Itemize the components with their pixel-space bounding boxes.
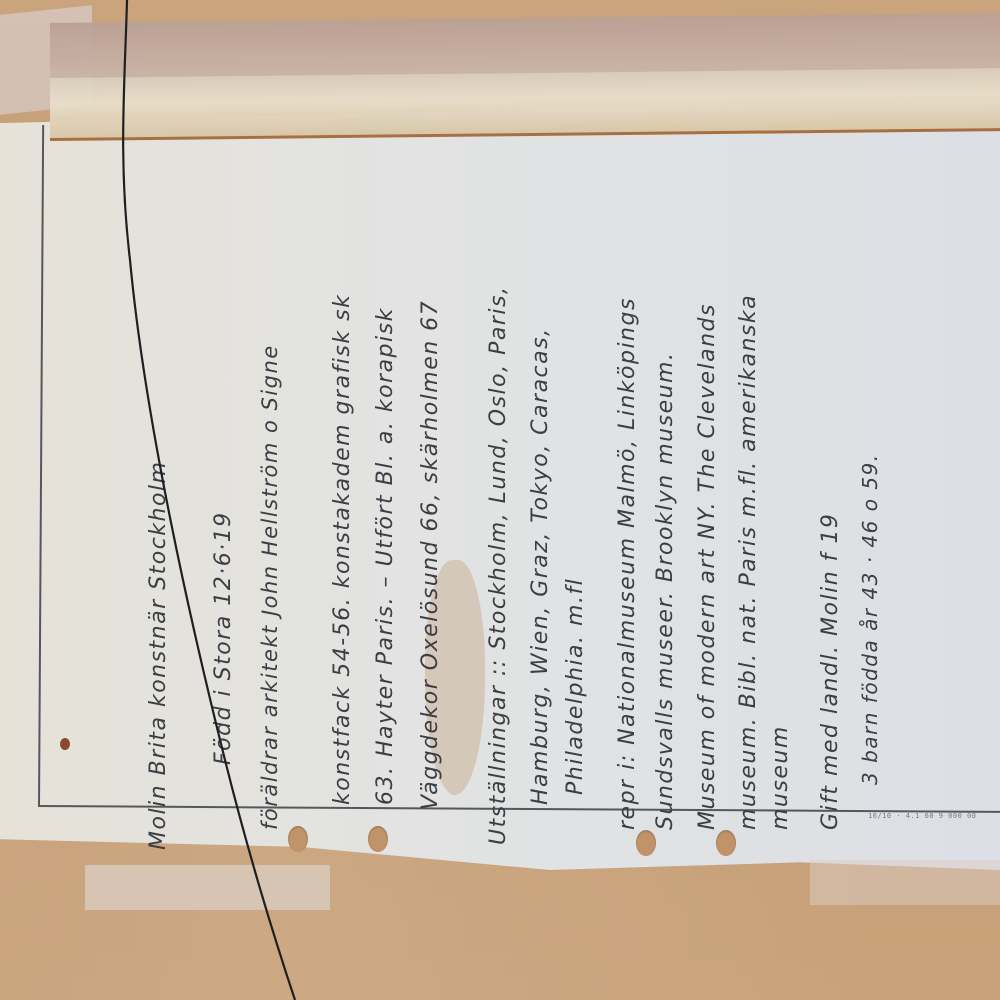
card-line: Sundsvalls museer. Brooklyn museum. [655, 352, 677, 830]
card-line: Museum of modern art NY. The Clevelands [697, 303, 719, 830]
tape-strip-bottom [85, 865, 330, 910]
card-line: Utställningar :: Stockholm, Lund, Oslo, … [488, 286, 510, 845]
card-line: 63. Hayter Paris. – Utfört Bl. a. korapi… [375, 307, 397, 805]
card-line: föräldrar arkitekt John Hellström o Sign… [260, 344, 281, 830]
rust-spot [60, 738, 70, 750]
card-line: 3 barn födda år 43 · 46 o 59. [860, 453, 880, 785]
card-line: Hamburg, Wien, Graz, Tokyo, Caracas, [530, 327, 552, 805]
card-line: museum. Bibl. nat. Paris m.fl. amerikans… [738, 294, 760, 830]
card-line: Gift med landl. Molin f 19 [820, 513, 842, 830]
printer-mark: 16/10 · 4.1 60 9 000 00 [868, 812, 976, 820]
tape-strip-bottom-right [810, 860, 1000, 905]
card-line: Väggdekor Oxelösund 66, skärholmen 67 [420, 300, 442, 810]
card-line: Född i Stora 12·6·19 [213, 511, 235, 765]
card-line: Philadelphia. m.fl [565, 578, 587, 795]
card-line: museum [770, 725, 792, 830]
card-line: Molin Brita konstnär Stockholm [148, 461, 170, 850]
card-line: konstfack 54-56. konstakadem grafisk sk [332, 294, 354, 805]
handwritten-text: Molin Brita konstnär Stockholm Född i St… [120, 80, 880, 860]
card-line: repr i: Nationalmuseum Malmö, Linköpings [617, 297, 639, 830]
